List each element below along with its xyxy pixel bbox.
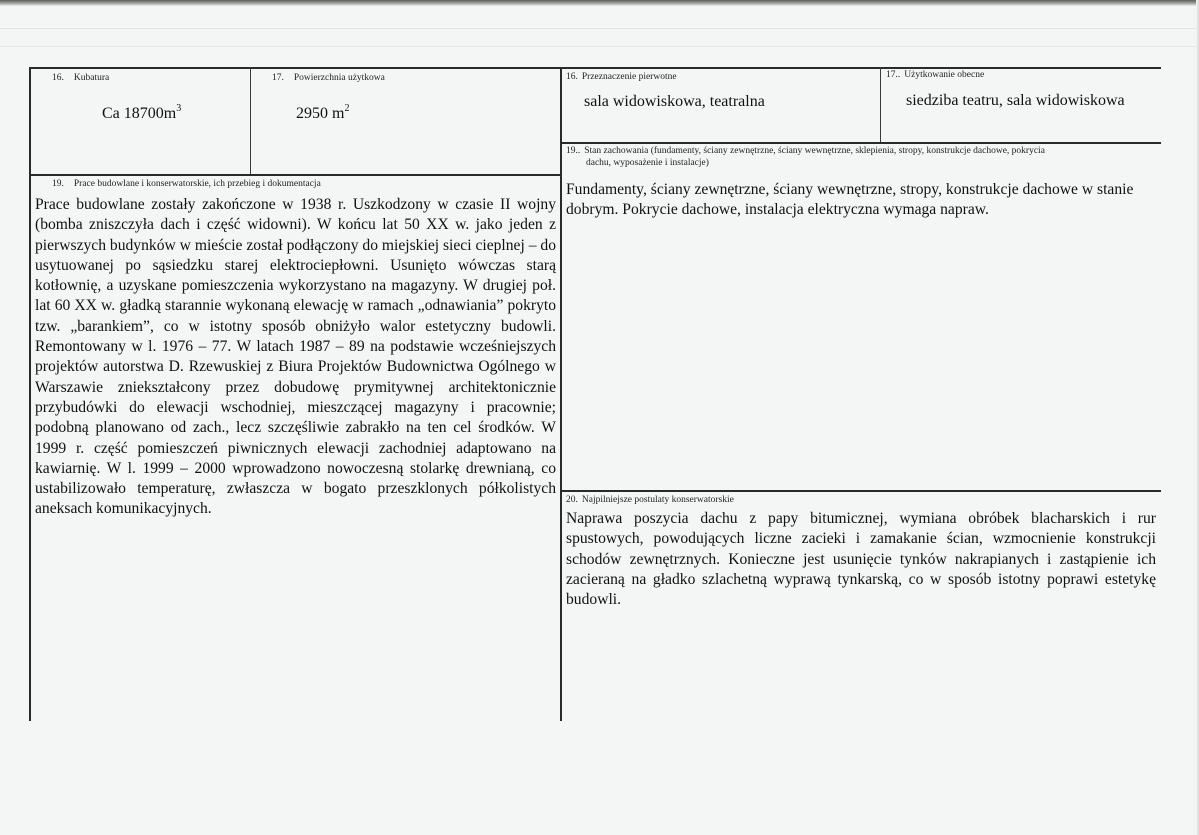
field-title: Stan zachowania (fundamenty, ściany zewn…: [584, 146, 1045, 156]
scan-artifact-line: [0, 28, 1199, 29]
field-title: Najpilniejsze postulaty konserwatorskie: [582, 495, 734, 505]
field-title: Prace budowlane i konserwatorskie, ich p…: [74, 179, 321, 189]
stan-label-line1: 19..Stan zachowania (fundamenty, ściany …: [566, 146, 1045, 157]
field-title: Powierzchnia użytkowa: [294, 73, 385, 83]
field-number: 19..: [566, 146, 580, 156]
stan-label-line2: dachu, wyposażenie i instalacje): [586, 158, 709, 169]
prace-text: Prace budowlane zostały zakończone w 193…: [35, 195, 556, 520]
field-number: 17..: [886, 70, 900, 80]
stan-text: Fundamenty, ściany zewnętrzne, ściany we…: [566, 180, 1156, 221]
kubatura-value: Ca 18700m3: [102, 104, 181, 124]
table-top-border: [29, 67, 1161, 69]
kubatura-amount: Ca 18700m: [102, 105, 176, 122]
field-title: Kubatura: [74, 73, 109, 83]
field-number: 20.: [566, 495, 578, 505]
row-divider: [560, 490, 1161, 492]
powierzchnia-value: 2950 m2: [296, 104, 349, 124]
uzytkowanie-value: siedziba teatru, sala widowiskowa: [906, 91, 1125, 111]
prace-label: 19.Prace budowlane i konserwatorskie, ic…: [52, 179, 321, 190]
cell-divider: [250, 67, 251, 175]
field-number: 16.: [52, 73, 64, 83]
przeznaczenie-value: sala widowiskowa, teatralna: [584, 92, 765, 112]
przeznaczenie-label: 16.Przeznaczenie pierwotne: [566, 72, 677, 83]
powierzchnia-amount: 2950 m: [296, 105, 344, 122]
field-number: 17.: [272, 73, 284, 83]
scan-top-edge: [0, 0, 1199, 6]
unit-exponent: 2: [344, 103, 349, 114]
unit-exponent: 3: [176, 103, 181, 114]
kubatura-label: 16.Kubatura: [52, 73, 109, 84]
field-number: 16.: [566, 72, 578, 82]
table-left-border: [29, 67, 31, 721]
field-title: Przeznaczenie pierwotne: [582, 72, 677, 82]
row-divider: [560, 142, 1161, 144]
row-divider: [29, 174, 562, 176]
scan-artifact-line: [0, 46, 1199, 47]
cell-divider: [880, 67, 881, 143]
uzytkowanie-label: 17..Użytkowanie obecne: [886, 70, 984, 81]
powierzchnia-label: 17.Powierzchnia użytkowa: [272, 73, 385, 84]
column-divider: [560, 67, 562, 721]
postulaty-text: Naprawa poszycia dachu z papy bitumiczne…: [566, 509, 1156, 610]
field-title: Użytkowanie obecne: [904, 70, 984, 80]
postulaty-label: 20.Najpilniejsze postulaty konserwatorsk…: [566, 495, 734, 506]
field-number: 19.: [52, 179, 64, 189]
